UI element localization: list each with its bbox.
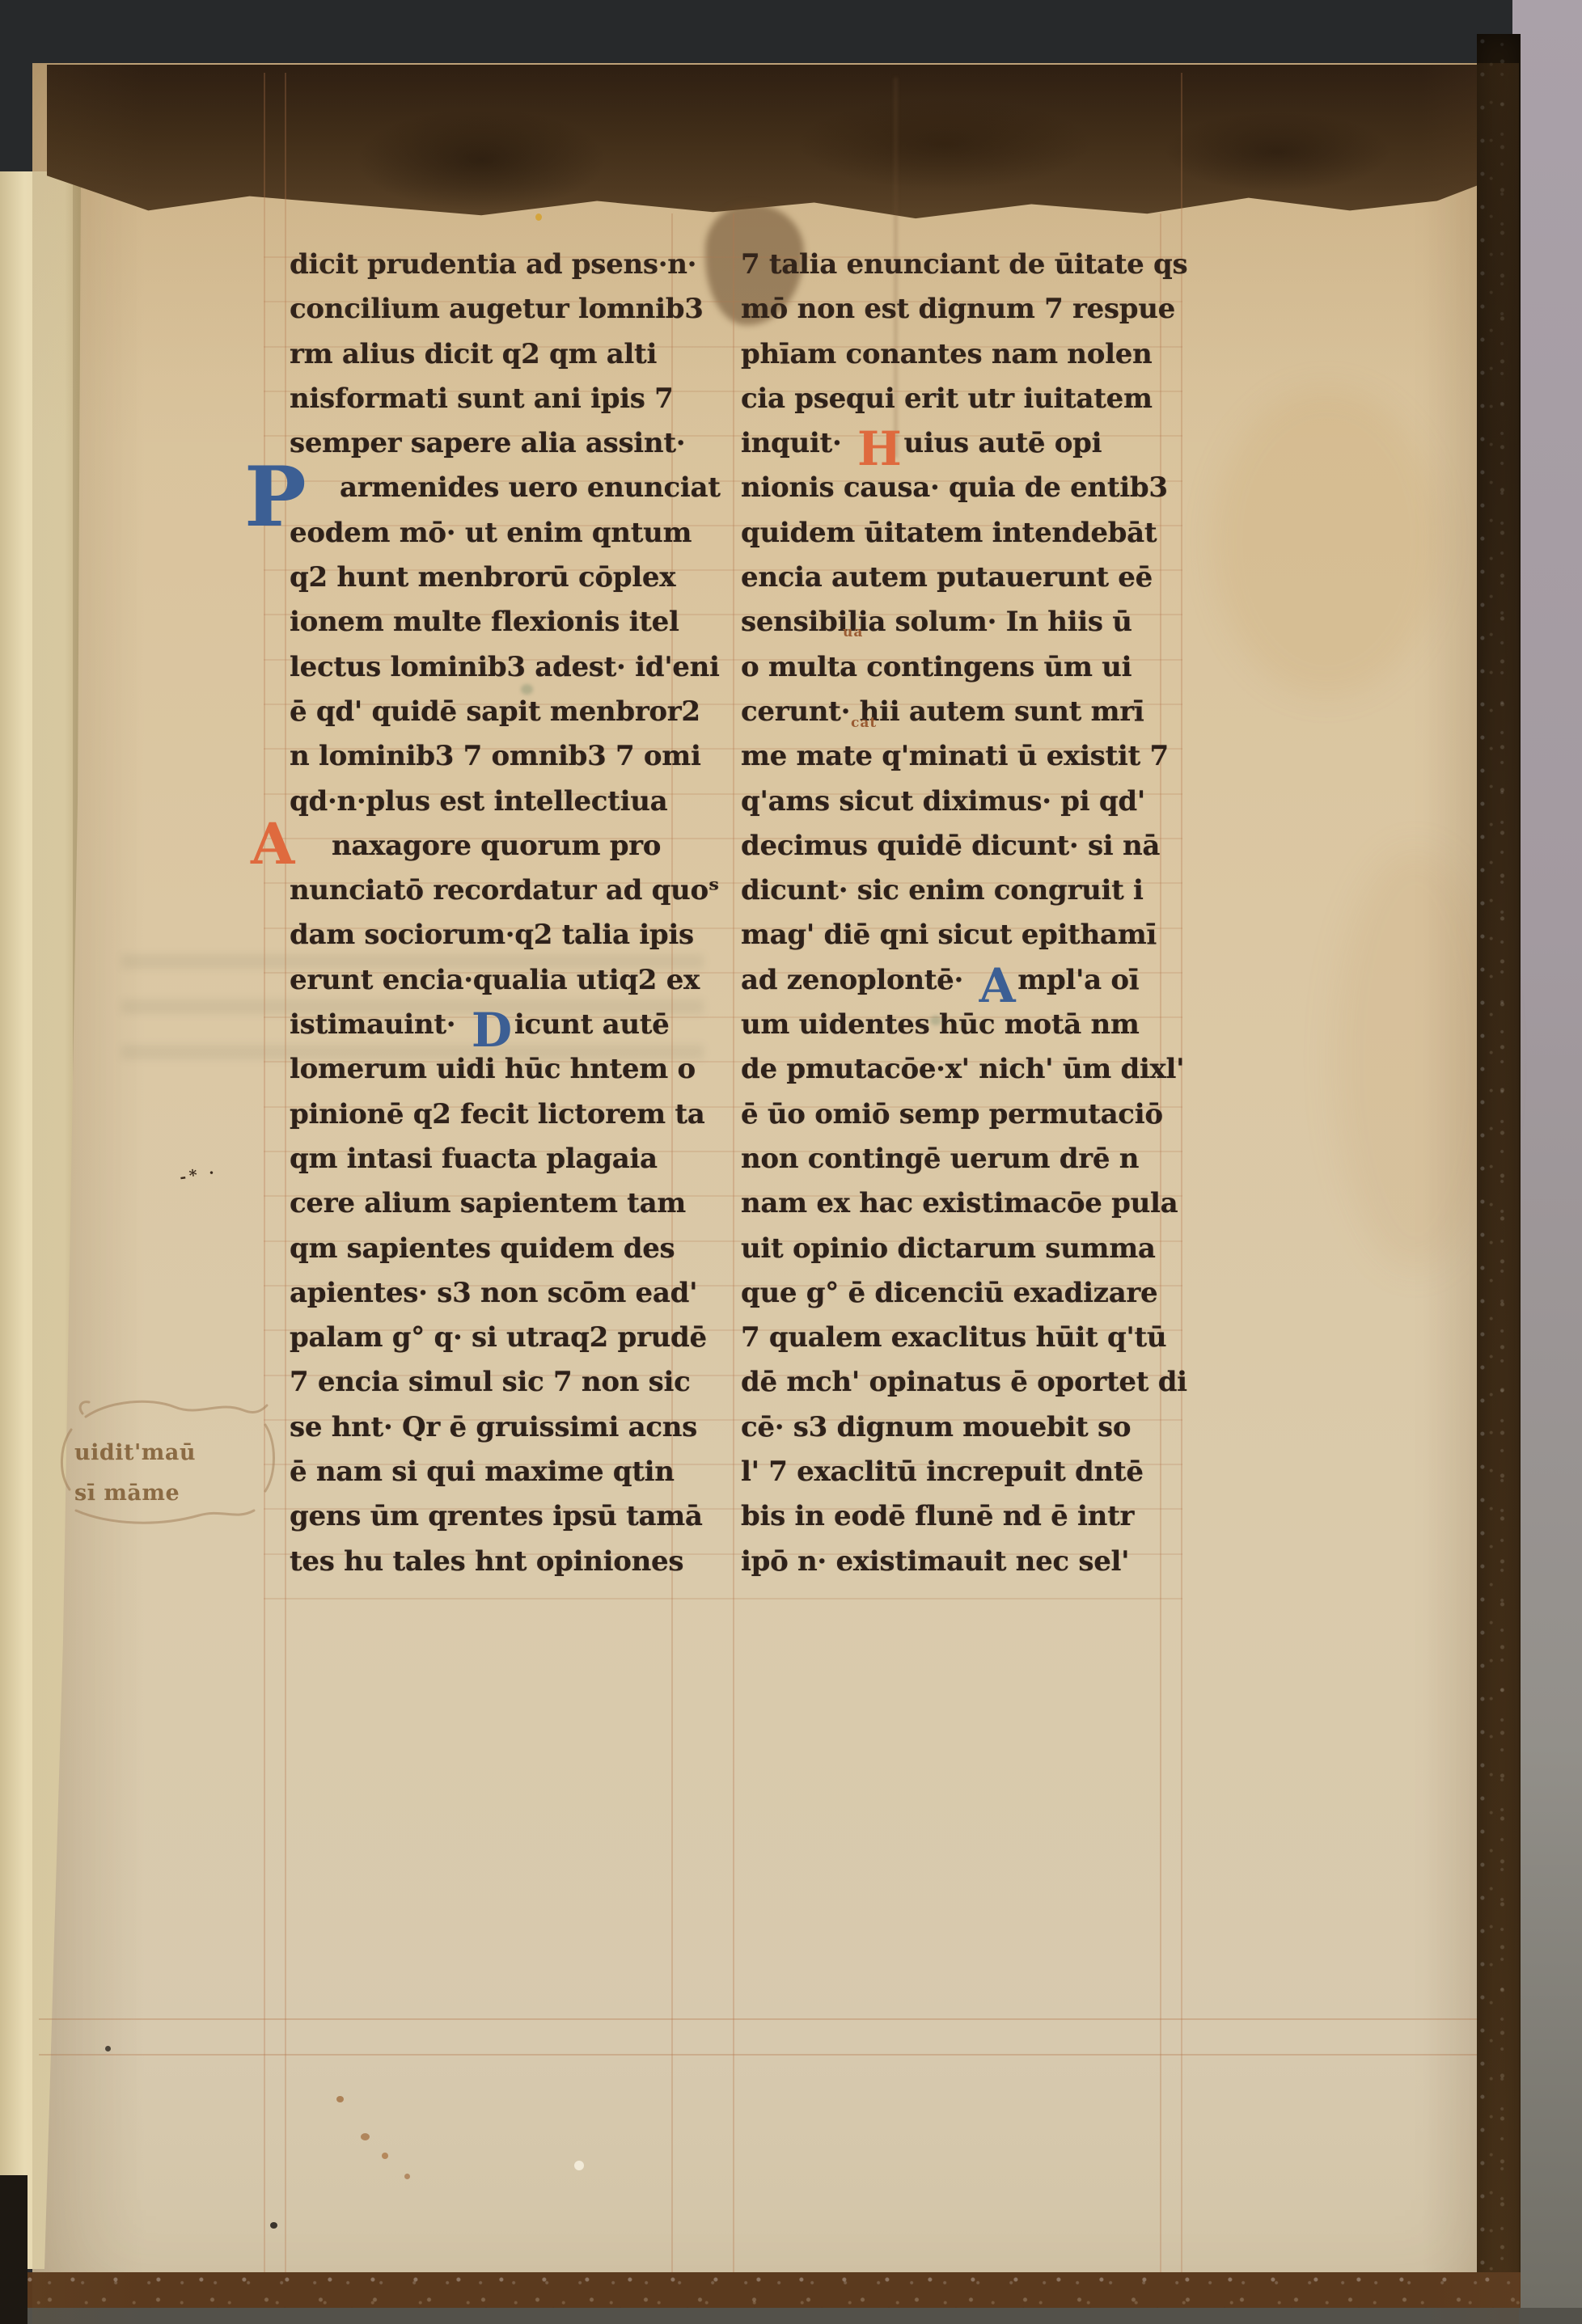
text-line: qm sapientes quidem des	[290, 1227, 694, 1271]
line-text: armenides uero enunciat	[340, 471, 721, 504]
text-column-right: 7 talia enunciant de ūitate qsmō non est…	[741, 243, 1194, 1584]
line-text: icunt autē	[514, 1008, 670, 1041]
line-text: naxagore quorum pro	[332, 830, 661, 862]
photo-background-bottom	[0, 2308, 1582, 2324]
text-line: quidem ūitatem intendebāt	[741, 511, 1194, 556]
text-line: tes hu tales hnt opiniones	[290, 1540, 694, 1584]
ruling-line	[264, 73, 265, 2309]
text-line: qm intasi fuacta plagaia	[290, 1137, 694, 1181]
ruling-line	[264, 1598, 1182, 1599]
text-line: qd·n·plus est intellectiua	[290, 780, 694, 824]
text-line: ipō n· existimauit nec sel'	[741, 1540, 1194, 1584]
text-line: pinionē q2 fecit lictorem ta	[290, 1092, 694, 1137]
text-line: bis in eodē flunē nd ē intr	[741, 1494, 1194, 1539]
text-line: istimauint· Dicunt autē	[290, 1003, 694, 1047]
text-line: cia psequi erit utr iuitatem	[741, 377, 1194, 421]
text-line: nionis causa· quia de entib3	[741, 466, 1194, 510]
text-line: non contingē uerum drē n	[741, 1137, 1194, 1181]
text-line: inquit· Huius autē opi	[741, 421, 1194, 466]
shadow-corner	[0, 2175, 27, 2324]
line-text: mpl'a oī	[1017, 964, 1139, 996]
text-line: me mate q'minati ū existit 7	[741, 734, 1194, 779]
text-line: phīam conantes nam nolen	[741, 332, 1194, 377]
illuminated-initial: A	[251, 816, 294, 873]
text-line: dicit prudentia ad psens·n·	[290, 243, 694, 287]
text-line: concilium augetur lomnib3	[290, 287, 694, 332]
text-line: lomerum uidi hūc hntem o	[290, 1047, 694, 1092]
text-line: n lominib3 7 omnib3 7 omi	[290, 734, 694, 779]
text-line: cerunt· hii autem sunt mrī	[741, 690, 1194, 734]
text-line: 7 talia enunciant de ūitate qs	[741, 243, 1194, 287]
text-line: q'ams sicut diximus· pi qd'	[741, 780, 1194, 824]
text-line: cē· s3 dignum mouebit so	[741, 1405, 1194, 1450]
marginal-annotation-line: uidit'maū	[74, 1433, 196, 1473]
line-text: uius autē opi	[904, 427, 1102, 459]
photo-background-right	[1512, 0, 1582, 2324]
text-line: semper sapere alia assint·	[290, 421, 694, 466]
text-line: apientes· s3 non scōm ead'	[290, 1271, 694, 1316]
ruling-line	[733, 213, 734, 2309]
text-line: se hnt· Qr ē gruissimi acns	[290, 1405, 694, 1450]
line-text: ad zenoplontē·	[741, 964, 973, 996]
text-line: ē qd' quidē sapit menbror2	[290, 690, 694, 734]
text-line: erunt encia·qualia utiq2 ex	[290, 958, 694, 1003]
text-line: nam ex hac existimacōe pula	[741, 1181, 1194, 1226]
text-line: um uidentes hūc motā nm	[741, 1003, 1194, 1047]
text-line: lectus lominib3 adest· id'eni	[290, 645, 694, 690]
text-line: dicunt· sic enim congruit i	[741, 868, 1194, 913]
text-line: sensibilia solum· In hiis ū	[741, 600, 1194, 644]
text-line: ad zenoplontē· Ampl'a oī	[741, 958, 1194, 1003]
interlinear-gloss: cat	[851, 715, 877, 731]
manuscript-photo: dicit prudentia ad psens·n·concilium aug…	[0, 0, 1582, 2324]
text-line: dē mch' opinatus ē oportet di	[741, 1360, 1194, 1405]
text-line: Anaxagore quorum pro	[290, 824, 694, 868]
text-line: de pmutacōe·x' nich' ūm dixl'	[741, 1047, 1194, 1092]
text-line: eodem mō· ut enim qntum	[290, 511, 694, 556]
text-line: palam g° q· si utraq2 prudē	[290, 1316, 694, 1360]
text-line: mō non est dignum 7 respue	[741, 287, 1194, 332]
text-line: cere alium sapientem tam	[290, 1181, 694, 1226]
interlinear-gloss: ua	[843, 624, 863, 640]
text-line: que g° ē dicenciū exadizare	[741, 1271, 1194, 1316]
text-line: dam sociorum·q2 talia ipis	[290, 913, 694, 957]
ruling-line	[285, 73, 286, 2309]
text-line: 7 qualem exaclitus hūit q'tū	[741, 1316, 1194, 1360]
text-line: uit opinio dictarum summa	[741, 1227, 1194, 1271]
text-line: Parmenides uero enunciat	[290, 466, 694, 510]
text-line: ionem multe flexionis itel	[290, 600, 694, 644]
text-line: o multa contingens ūm ui	[741, 645, 1194, 690]
text-line: q2 hunt menbrorū cōplex	[290, 556, 694, 600]
line-text: istimauint·	[290, 1008, 465, 1041]
text-line: nunciatō recordatur ad quoˢ	[290, 868, 694, 913]
text-line: 7 encia simul sic 7 non sic	[290, 1360, 694, 1405]
text-line: l' 7 exaclitū increpuit dntē	[741, 1450, 1194, 1494]
ruling-line	[39, 2054, 1511, 2056]
text-line: ē ūo omiō semp permutaciō	[741, 1092, 1194, 1137]
text-line: rm alius dicit q2 qm alti	[290, 332, 694, 377]
text-column-left: dicit prudentia ad psens·n·concilium aug…	[290, 243, 694, 1584]
marginal-annotation-line: sī māme	[74, 1473, 196, 1514]
text-line: gens ūm qrentes ipsū tamā	[290, 1494, 694, 1539]
text-line: nisformati sunt ani ipis 7	[290, 377, 694, 421]
marginal-annotation: uidit'maū sī māme	[74, 1433, 196, 1514]
text-line: mag' diē qni sicut epithamī	[741, 913, 1194, 957]
text-line: encia autem putauerunt eē	[741, 556, 1194, 600]
text-line: decimus quidē dicunt· si nā	[741, 824, 1194, 868]
line-text: inquit·	[741, 427, 851, 459]
text-line: ē nam si qui maxime qtin	[290, 1450, 694, 1494]
ruling-line	[39, 2018, 1511, 2020]
leather-cover-edge-right	[1477, 34, 1521, 2324]
